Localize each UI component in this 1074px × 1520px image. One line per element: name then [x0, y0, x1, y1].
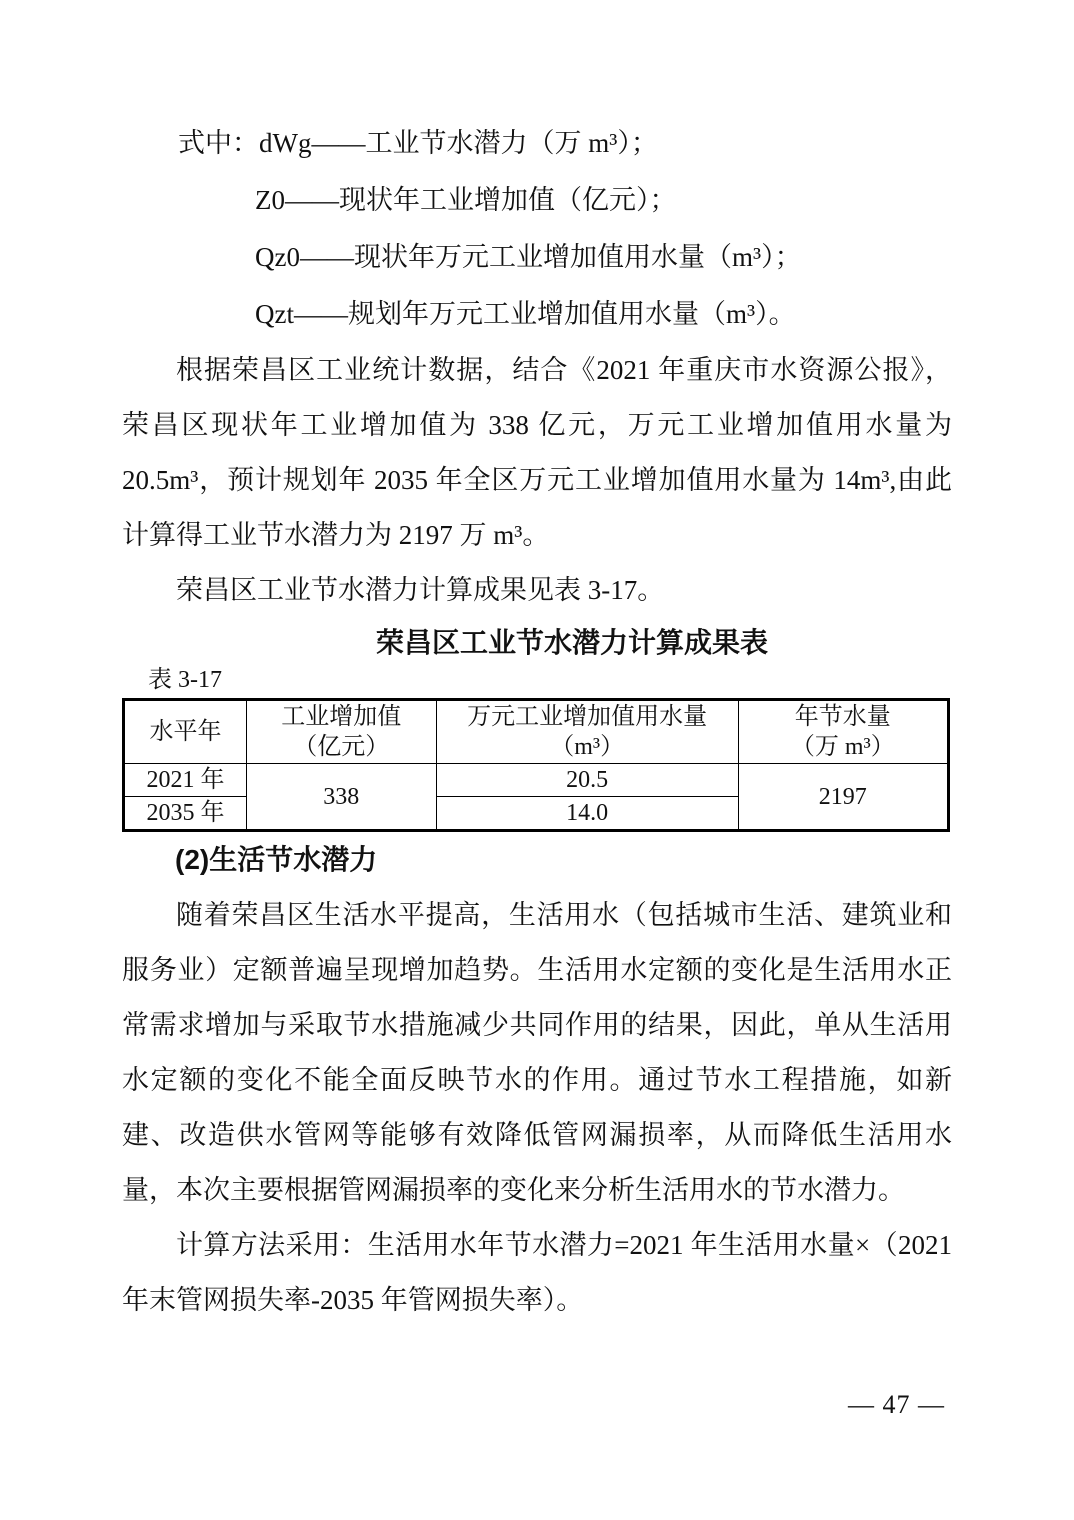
formula-def-qzt: Qzt——规划年万元工业增加值用水量（m³）。 [255, 286, 952, 343]
cell-industrial-added-value: 338 [246, 764, 436, 831]
header-water-per-10k-line2: （m³） [437, 732, 738, 762]
table-label: 表 3-17 [148, 665, 952, 695]
header-water-per-10k-line1: 万元工业增加值用水量 [437, 702, 738, 732]
cell-annual-water-saving: 2197 [738, 764, 948, 831]
header-annual-saving-line1: 年节水量 [739, 702, 947, 732]
industrial-water-saving-table: 水平年 工业增加值 （亿元） 万元工业增加值用水量 （m³） 年节水量 （万 m… [122, 698, 950, 832]
header-annual-saving-line2: （万 m³） [739, 732, 947, 762]
document-page: { "colors": { "text": "#111111", "backgr… [0, 0, 1074, 1520]
cell-year-2021: 2021 年 [124, 764, 247, 797]
paragraph-table-reference: 荣昌区工业节水潜力计算成果见表 3-17。 [122, 563, 952, 618]
paragraph-industrial-calculation: 根据荣昌区工业统计数据，结合《2021 年重庆市水资源公报》，荣昌区现状年工业增… [122, 343, 952, 563]
section-heading-domestic-water-saving: (2)生活节水潜力 [175, 840, 952, 880]
formula-definitions: 式中：dWg——工业节水潜力（万 m³）； Z0——现状年工业增加值（亿元）； … [122, 115, 952, 343]
header-industrial-added-value: 工业增加值 （亿元） [246, 700, 436, 764]
formula-def-dwg: 式中：dWg——工业节水潜力（万 m³）； [178, 115, 952, 172]
cell-year-2035: 2035 年 [124, 797, 247, 831]
page-content: 式中：dWg——工业节水潜力（万 m³）； Z0——现状年工业增加值（亿元）； … [122, 0, 952, 1328]
paragraph-domestic-discussion: 随着荣昌区生活水平提高，生活用水（包括城市生活、建筑业和服务业）定额普遍呈现增加… [122, 888, 952, 1218]
paragraph-calculation-method: 计算方法采用：生活用水年节水潜力=2021 年生活用水量×（2021 年末管网损… [122, 1218, 952, 1328]
header-water-per-10k: 万元工业增加值用水量 （m³） [436, 700, 738, 764]
table-header-row: 水平年 工业增加值 （亿元） 万元工业增加值用水量 （m³） 年节水量 （万 m… [124, 700, 949, 764]
table-title: 荣昌区工业节水潜力计算成果表 [122, 623, 952, 663]
formula-def-qz0: Qz0——现状年万元工业增加值用水量（m³）； [255, 229, 952, 286]
table-row-2021: 2021 年 338 20.5 2197 [124, 764, 949, 797]
header-level-year: 水平年 [124, 700, 247, 764]
page-number: — 47 — [848, 1390, 945, 1420]
cell-water-per-10k-2035: 14.0 [436, 797, 738, 831]
header-annual-saving: 年节水量 （万 m³） [738, 700, 948, 764]
header-industrial-added-value-line2: （亿元） [247, 732, 436, 762]
formula-def-z0: Z0——现状年工业增加值（亿元）； [255, 172, 952, 229]
header-industrial-added-value-line1: 工业增加值 [247, 702, 436, 732]
header-level-year-text: 水平年 [125, 717, 246, 747]
cell-water-per-10k-2021: 20.5 [436, 764, 738, 797]
